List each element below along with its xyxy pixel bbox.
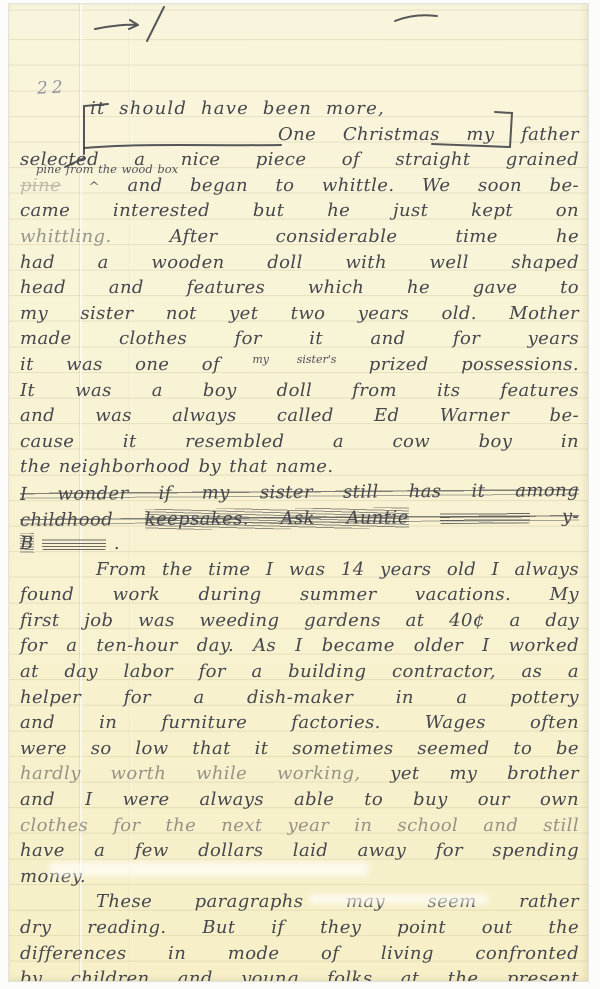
- manuscript-line-14: cause it resembled a cow boy in: [20, 429, 579, 455]
- struck-text: childhood: [20, 509, 113, 531]
- manuscript-line-30: have a few dollars laid away for spendin…: [20, 838, 579, 864]
- manuscript-line-7: had a wooden doll with well shaped: [20, 250, 579, 276]
- manuscript-line-22: for a ten-hour day. As I became older I …: [20, 633, 579, 659]
- scribbled-text: keepsakes. Ask Auntie: [145, 507, 409, 530]
- manuscript-line-23: at day labor for a building contractor, …: [20, 659, 579, 685]
- manuscript-line-10: made clothes for it and for years: [20, 326, 579, 352]
- manuscript-line-9: my sister not yet two years old. Mother: [20, 301, 579, 327]
- line-text: and began to whittle. We soon be-: [127, 175, 579, 196]
- struck-text: y-: [562, 506, 579, 527]
- scanned-manuscript-page: 22 it should have been more, One Christm…: [9, 4, 588, 981]
- dash-mark-icon: [395, 15, 437, 21]
- erased-word: pine: [20, 175, 61, 196]
- line-text: it was one of: [20, 354, 220, 375]
- manuscript-line-24: helper for a dish-maker in a pottery: [20, 685, 579, 711]
- line-text: yet my brother: [390, 763, 579, 784]
- caret-mark: ^: [89, 180, 100, 195]
- manuscript-line-32: These paragraphs may seem rather: [20, 889, 579, 915]
- manuscript-line-16-struck: I wonder if my sister still has it among: [20, 478, 579, 507]
- scribbled-text: B: [20, 533, 34, 554]
- manuscript-line-21: first job was weeding gardens at 40¢ a d…: [20, 608, 579, 634]
- manuscript-line-34: differences in mode of living confronted: [20, 941, 579, 967]
- line-text: .: [114, 533, 120, 554]
- manuscript-line-4: pine from the wood box pine ^ and began …: [20, 173, 579, 199]
- manuscript-line-17-struck: childhood keepsakes. Ask Auntie y-: [20, 504, 579, 533]
- manuscript-line-12: It was a boy doll from its features: [20, 378, 579, 404]
- line-text: prized possessions.: [369, 354, 579, 375]
- interlinear-insertion: pine from the wood box: [36, 164, 178, 175]
- manuscript-line-31: money.: [20, 864, 579, 890]
- manuscript-line-28: and I were always able to buy our own: [20, 787, 579, 813]
- manuscript-line-20: found work during summer vacations. My: [20, 582, 579, 608]
- slash-mark-icon: [147, 7, 164, 41]
- manuscript-line-13: and was always called Ed Warner be-: [20, 403, 579, 429]
- manuscript-line-6: whittling. After considerable time he: [20, 224, 579, 250]
- manuscript-line-35: by children and young folks at the prese…: [20, 966, 579, 981]
- manuscript-line-11: it was one of my sister's prized possess…: [20, 352, 579, 378]
- faded-word: whittling.: [20, 226, 112, 247]
- manuscript-line-18-struck: B .: [20, 531, 579, 557]
- scribble-mark: [42, 538, 106, 550]
- manuscript-line-27: hardly worth while working, yet my broth…: [20, 761, 579, 787]
- manuscript-line-1: it should have been more,: [20, 96, 579, 122]
- manuscript-line-33: dry reading. But if they point out the: [20, 915, 579, 941]
- manuscript-line-26: were so low that it sometimes seemed to …: [20, 736, 579, 762]
- manuscript-line-2: One Christmas my father: [20, 122, 579, 148]
- manuscript-line-8: head and features which he gave to: [20, 275, 579, 301]
- manuscript-line-29: clothes for the next year in school and …: [20, 813, 579, 839]
- manuscript-line-5: came interested but he just kept on: [20, 198, 579, 224]
- arrow-mark-icon: [95, 20, 138, 29]
- manuscript-line-15: the neighborhood by that name.: [20, 454, 579, 480]
- interlinear-insertion: my sister's: [252, 353, 336, 366]
- faded-text: hardly worth while working,: [20, 763, 361, 784]
- manuscript-line-25: and in furniture factories. Wages often: [20, 710, 579, 736]
- scribble-mark: [440, 511, 530, 524]
- line-text: After considerable time he: [170, 226, 579, 247]
- manuscript-line-19: From the time I was 14 years old I alway…: [20, 557, 579, 583]
- manuscript-body: it should have been more, One Christmas …: [20, 96, 579, 981]
